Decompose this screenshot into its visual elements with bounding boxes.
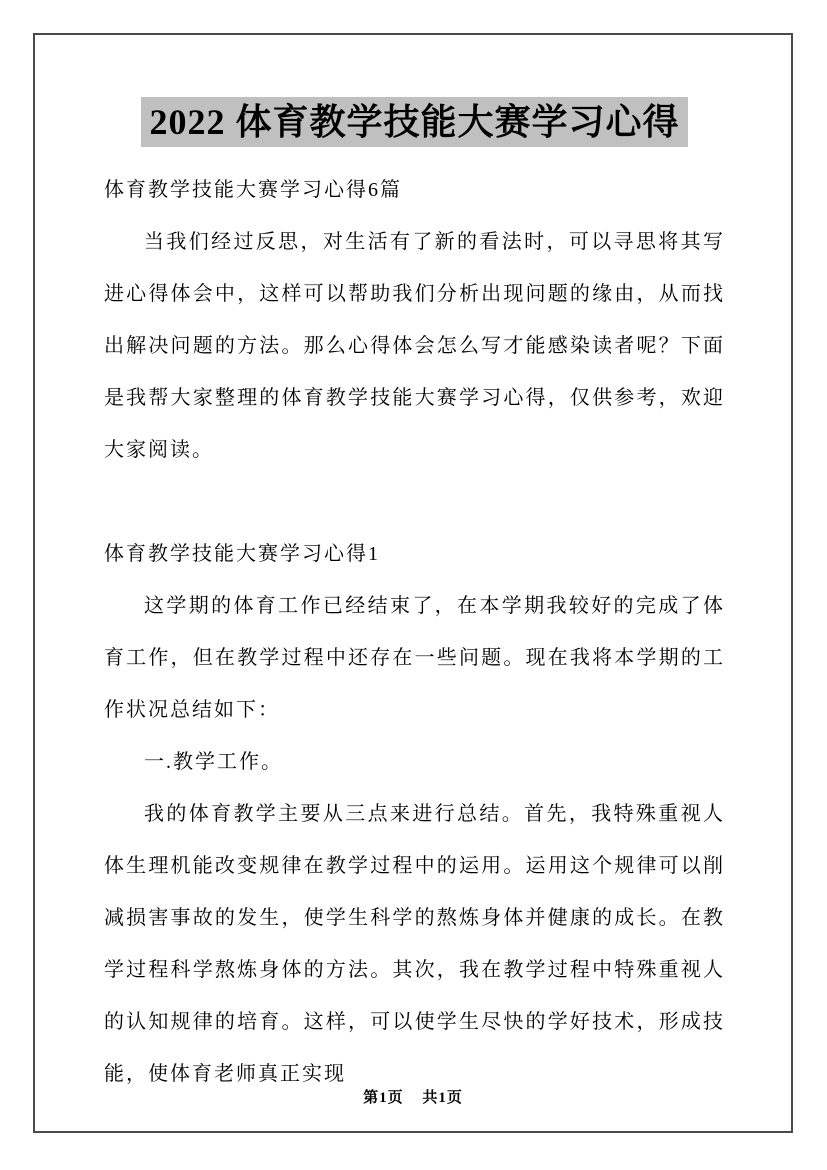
intro-paragraph: 当我们经过反思，对生活有了新的看法时，可以寻思将其写进心得体会中，这样可以帮助我… — [104, 216, 725, 476]
section1-heading: 体育教学技能大赛学习心得1 — [104, 528, 725, 580]
title-row: 2022 体育教学技能大赛学习心得 — [104, 97, 725, 147]
document-page: 2022 体育教学技能大赛学习心得 体育教学技能大赛学习心得6篇 当我们经过反思… — [33, 33, 793, 1133]
page-title: 2022 体育教学技能大赛学习心得 — [141, 97, 687, 147]
document-body: 体育教学技能大赛学习心得6篇 当我们经过反思，对生活有了新的看法时，可以寻思将其… — [104, 164, 725, 1100]
document-content: 2022 体育教学技能大赛学习心得 体育教学技能大赛学习心得6篇 当我们经过反思… — [35, 35, 791, 1100]
section1-list-item-1: 一.教学工作。 — [104, 736, 725, 788]
footer-total-pages: 共1页 — [422, 1086, 463, 1107]
page-footer: 第1页 共1页 — [35, 1086, 791, 1107]
footer-current-page: 第1页 — [363, 1086, 404, 1107]
section1-paragraph-2: 我的体育教学主要从三点来进行总结。首先，我特殊重视人体生理机能改变规律在教学过程… — [104, 788, 725, 1100]
section1-paragraph-1: 这学期的体育工作已经结束了，在本学期我较好的完成了体育工作，但在教学过程中还存在… — [104, 580, 725, 736]
document-subtitle: 体育教学技能大赛学习心得6篇 — [104, 164, 725, 216]
